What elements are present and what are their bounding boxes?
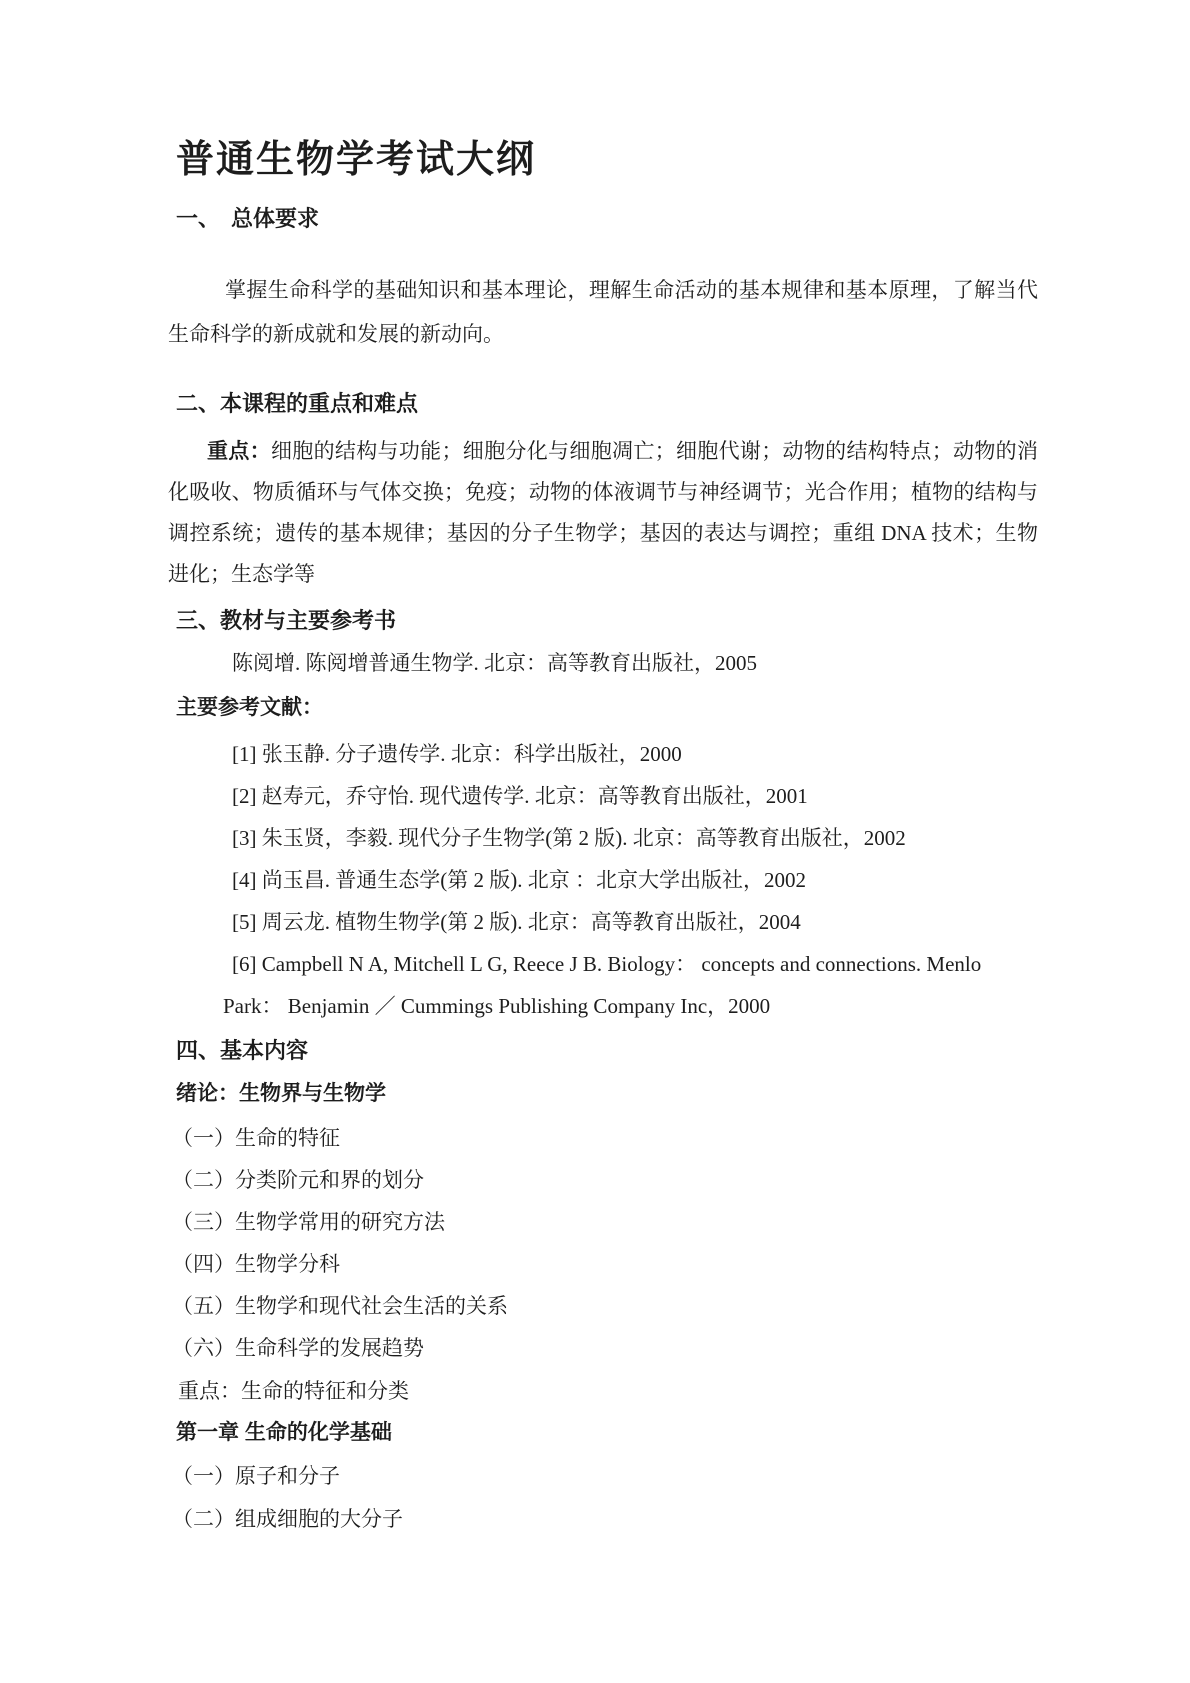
outline-item: （一）生命的特征 <box>168 1117 1038 1159</box>
page-title: 普通生物学考试大纲 <box>168 136 1038 184</box>
section-heading-textbooks: 三、教材与主要参考书 <box>168 600 1038 642</box>
outline-item: （二）组成细胞的大分子 <box>168 1498 1038 1541</box>
intro-outline-list: （一）生命的特征 （二）分类阶元和界的划分 （三）生物学常用的研究方法 （四）生… <box>168 1117 1038 1369</box>
reference-item: [2] 赵寿元，乔守怡. 现代遗传学. 北京：高等教育出版社，2001 <box>168 775 1038 817</box>
outline-item: （二）分类阶元和界的划分 <box>168 1159 1038 1201</box>
textbook-entry: 陈阅增. 陈阅增普通生物学. 北京：高等教育出版社，2005 <box>168 642 1038 684</box>
outline-item: （五）生物学和现代社会生活的关系 <box>168 1285 1038 1327</box>
outline-item: （四）生物学分科 <box>168 1243 1038 1285</box>
references-label: 主要参考文献： <box>168 687 1038 729</box>
document-page: 普通生物学考试大纲 一、 总体要求 掌握生命科学的基础知识和基本理论，理解生命活… <box>0 0 1190 1683</box>
reference-item: [4] 尚玉昌. 普通生态学(第 2 版). 北京 ：北京大学出版社，2002 <box>168 859 1038 901</box>
key-points-text: 细胞的结构与功能；细胞分化与细胞凋亡；细胞代谢；动物的结构特点；动物的消化吸收、… <box>168 439 1038 586</box>
reference-item: [6] Campbell N A, Mitchell L G, Reece J … <box>168 943 1038 1027</box>
key-points-paragraph: 重点：细胞的结构与功能；细胞分化与细胞凋亡；细胞代谢；动物的结构特点；动物的消化… <box>168 431 1038 595</box>
reference-item: [3] 朱玉贤，李毅. 现代分子生物学(第 2 版). 北京：高等教育出版社，2… <box>168 817 1038 859</box>
intro-key-point-line: 重点：生命的特征和分类 <box>168 1370 1038 1412</box>
references-list: [1] 张玉静. 分子遗传学. 北京：科学出版社，2000 [2] 赵寿元，乔守… <box>168 733 1038 1027</box>
key-points-label: 重点： <box>207 440 271 463</box>
outline-item: （一）原子和分子 <box>168 1455 1038 1498</box>
chapter1-heading: 第一章 生命的化学基础 <box>168 1412 1038 1454</box>
section-heading-basic-content: 四、基本内容 <box>168 1030 1038 1072</box>
outline-item: （六）生命科学的发展趋势 <box>168 1327 1038 1369</box>
general-requirements-paragraph: 掌握生命科学的基础知识和基本理论，理解生命活动的基本规律和基本原理，了解当代生命… <box>168 268 1038 356</box>
section-heading-general-requirements: 一、 总体要求 <box>168 198 1038 240</box>
chapter1-outline-list: （一）原子和分子 （二）组成细胞的大分子 <box>168 1455 1038 1541</box>
reference-item: [5] 周云龙. 植物生物学(第 2 版). 北京：高等教育出版社，2004 <box>168 901 1038 943</box>
intro-chapter-heading: 绪论：生物界与生物学 <box>168 1073 1038 1115</box>
section-heading-key-points: 二、本课程的重点和难点 <box>168 383 1038 425</box>
reference-item: [1] 张玉静. 分子遗传学. 北京：科学出版社，2000 <box>168 733 1038 775</box>
outline-item: （三）生物学常用的研究方法 <box>168 1201 1038 1243</box>
